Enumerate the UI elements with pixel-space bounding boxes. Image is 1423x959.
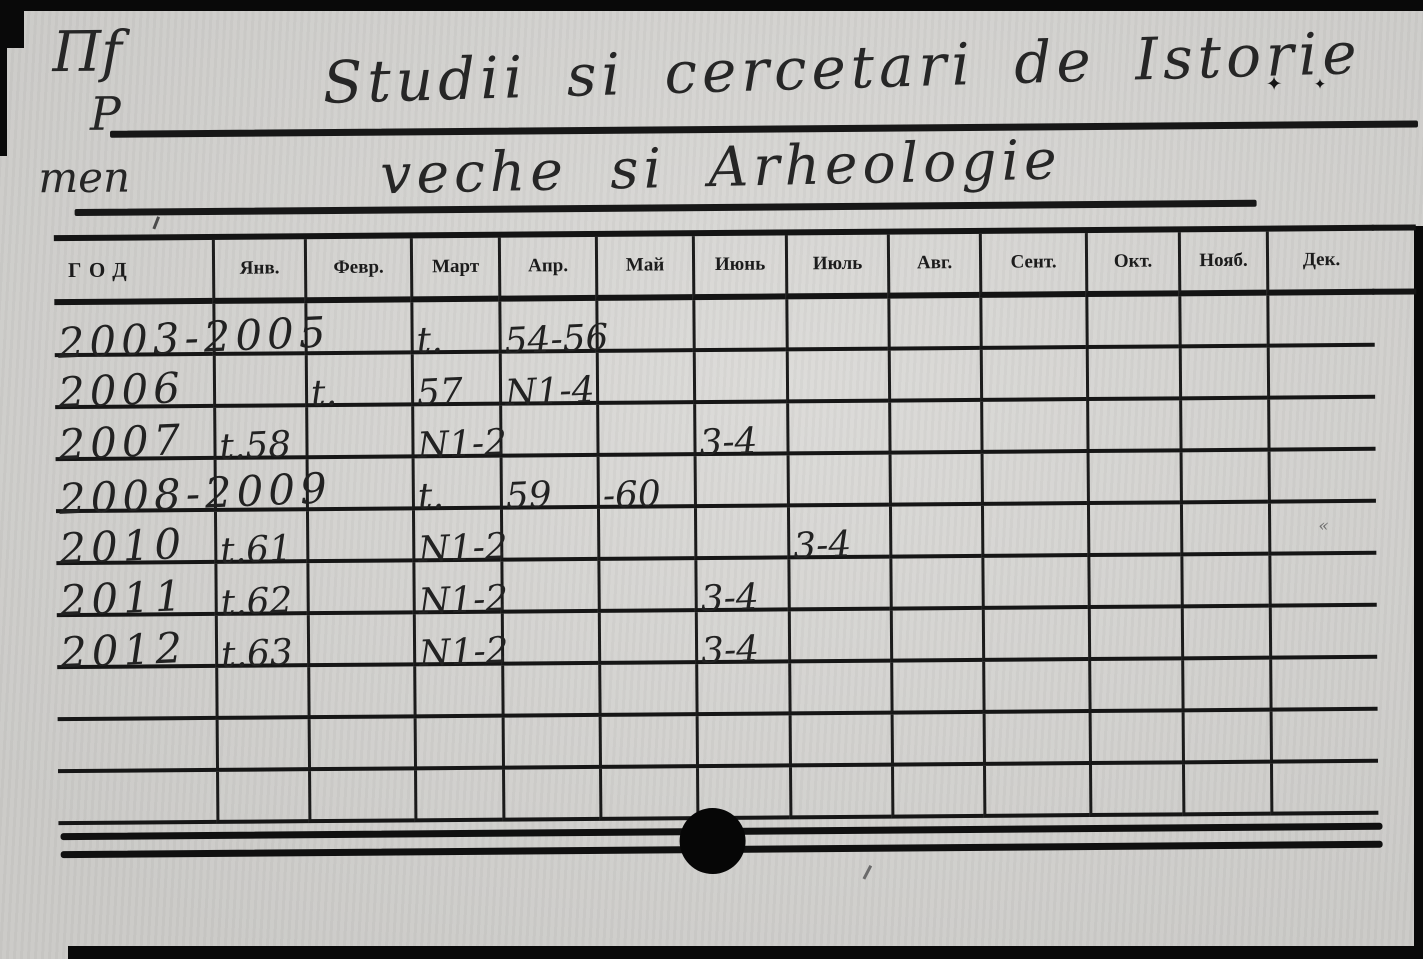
holdings-cell (979, 297, 1085, 350)
holdings-cell (1180, 452, 1268, 505)
holdings-cell (1180, 556, 1268, 609)
holdings-cell (1178, 296, 1266, 349)
holdings-cell (788, 611, 890, 664)
holdings-cell (307, 666, 413, 719)
holdings-cell (982, 609, 1088, 662)
handwritten-entry: N1-2 (417, 425, 508, 465)
handwritten-entry: t. (310, 376, 337, 413)
month-column-header: Нояб. (1178, 232, 1267, 297)
holdings-cell: 59 (500, 457, 597, 510)
holdings-cell (1181, 608, 1269, 661)
holdings-cell (787, 455, 889, 508)
holdings-cell (1182, 764, 1270, 817)
holdings-cell (789, 767, 891, 820)
holdings-cell (306, 510, 412, 563)
journal-title-line2: veche si Arheologie (380, 132, 1062, 202)
holdings-cell (502, 769, 599, 822)
holdings-cell (306, 562, 412, 615)
holdings-cell (981, 505, 1087, 558)
holdings-cell (888, 350, 980, 403)
holdings-cell (693, 351, 786, 404)
holdings-cell (501, 613, 598, 666)
holdings-cell (694, 507, 787, 560)
holdings-cell (1179, 400, 1267, 453)
handwritten-entry: 2008-2009 (58, 467, 333, 521)
holdings-cell (1085, 296, 1178, 349)
holdings-cell (596, 404, 693, 457)
header-rule-extension-bottom (1372, 288, 1416, 294)
holdings-cell (598, 612, 695, 665)
handwritten-entry: 2011 (59, 575, 188, 622)
holdings-cell (414, 770, 502, 823)
holdings-cell: t.58 (213, 407, 305, 460)
handwritten-entry: t. (416, 323, 443, 360)
handwritten-entry: 57 (416, 374, 463, 412)
holdings-cell (1086, 400, 1179, 453)
holdings-cell (598, 664, 695, 717)
year-cell (58, 772, 216, 825)
holdings-cell (887, 298, 979, 351)
holdings-cell (889, 506, 981, 559)
month-column-header: Сент. (979, 233, 1085, 298)
holdings-cell: 54-56 (498, 301, 595, 354)
handwritten-entry: 59 (505, 477, 552, 515)
holdings-cell (692, 299, 785, 352)
holdings-cell: N1-2 (412, 510, 500, 563)
month-column-header: Окт. (1085, 232, 1178, 297)
holdings-cell (891, 714, 983, 767)
holdings-cell (414, 718, 502, 771)
holdings-cell (981, 557, 1087, 610)
punch-registration-mark-2: ✦ (1314, 75, 1327, 93)
handwritten-entry: N1-2 (418, 633, 509, 673)
holdings-cell (1181, 660, 1269, 713)
holdings-cell (596, 352, 693, 405)
holdings-cell (1267, 347, 1375, 400)
holdings-cell (1270, 763, 1378, 816)
card-content: Пf P Studii si cercetari de Istorie men … (0, 0, 1423, 959)
holdings-cell (599, 768, 696, 821)
holdings-cell: t.61 (214, 511, 306, 564)
handwritten-entry: « (1318, 518, 1329, 535)
holdings-cell (890, 610, 982, 663)
handwritten-entry: t.63 (220, 635, 293, 674)
holdings-cell (982, 661, 1088, 714)
handwritten-entry: 3-4 (700, 580, 759, 618)
holdings-cell (1087, 556, 1180, 609)
holdings-cell (696, 715, 789, 768)
handwritten-entry: 2007 (58, 419, 187, 466)
holdings-cell (786, 403, 888, 456)
holdings-cell (308, 718, 414, 771)
handwritten-entry: t.62 (220, 583, 293, 622)
month-column-header: Янв. (212, 239, 304, 304)
month-column-header: Авг. (887, 234, 979, 299)
month-column-header: Апр. (498, 237, 595, 302)
holdings-cell: « (1268, 503, 1376, 556)
handwritten-entry: N1-2 (418, 581, 509, 621)
handwritten-entry: 3-4 (793, 527, 852, 565)
holdings-cell (502, 717, 599, 770)
handwritten-entry: t.58 (219, 427, 292, 466)
month-column-header: Март (410, 238, 498, 303)
month-column-header: Май (595, 236, 692, 301)
handwritten-entry: 2003-2005 (57, 311, 332, 365)
holdings-cell (1267, 399, 1375, 452)
holdings-cell: t. (305, 354, 411, 407)
holdings-cell (1180, 504, 1268, 557)
holdings-cell (1266, 295, 1374, 348)
month-column-header: Дек. (1266, 231, 1374, 296)
holdings-cell (1088, 660, 1181, 713)
handwritten-entry: 3-4 (700, 632, 759, 670)
holdings-cell (1087, 452, 1180, 505)
holdings-cell (788, 663, 890, 716)
punch-registration-mark-1: ✦ (1266, 72, 1283, 96)
handwritten-entry: -60 (602, 476, 661, 514)
holdings-cell (888, 402, 980, 455)
holdings-cell: 57 (411, 354, 499, 407)
holdings-cell (1087, 504, 1180, 557)
holdings-cell (1086, 348, 1179, 401)
handwritten-entry: 54-56 (504, 320, 609, 360)
holdings-cell (213, 355, 305, 408)
month-column-header: Февр. (304, 238, 410, 303)
holdings-cell (1089, 712, 1182, 765)
stray-pen-mark (152, 216, 160, 229)
holdings-cell (1268, 451, 1376, 504)
holdings-cell (980, 401, 1086, 454)
holdings-cell (216, 719, 308, 772)
holdings-cell (1268, 555, 1376, 608)
holdings-cell (597, 560, 694, 613)
holdings-cell (1179, 348, 1267, 401)
holdings-cell (785, 299, 887, 352)
handwritten-entry: t.61 (220, 531, 293, 570)
holdings-cell (983, 765, 1089, 818)
holdings-cell (216, 771, 308, 824)
handwritten-entry: t. (417, 479, 444, 516)
handwritten-entry: 2010 (58, 523, 187, 570)
handwritten-entry: 3-4 (699, 424, 758, 462)
header-rule-extension-top (1372, 224, 1416, 230)
handwritten-entry: N1-4 (504, 372, 595, 412)
stray-scan-mark (863, 865, 873, 880)
holdings-cell (890, 662, 982, 715)
holdings-cell (308, 770, 414, 823)
holdings-cell (307, 614, 413, 667)
holdings-cell (599, 716, 696, 769)
margin-note: men (38, 157, 130, 200)
holdings-cell (1088, 608, 1181, 661)
holdings-cell: 3-4 (693, 403, 786, 456)
holdings-cell (500, 561, 597, 614)
holdings-cell (889, 454, 981, 507)
holdings-cell (305, 406, 411, 459)
handwritten-entry: 2006 (57, 367, 186, 414)
holdings-cell (1270, 711, 1378, 764)
journal-title-line1: Studii si cercetari de Istorie (322, 24, 1362, 112)
month-column-header: Июль (785, 235, 887, 300)
holdings-cell (501, 665, 598, 718)
year-column-header: ГОД (54, 240, 212, 305)
holdings-cell (889, 558, 981, 611)
holdings-table: ГОДЯнв.Февр.МартАпр.МайИюньИюльАвг.Сент.… (54, 225, 1379, 825)
holdings-cell (789, 715, 891, 768)
holdings-cell (1269, 659, 1377, 712)
holdings-cell: 3-4 (694, 559, 787, 612)
shelf-corner-mark: Пf (52, 25, 122, 82)
title-underline-2 (75, 200, 1257, 216)
handwritten-entry: N1-2 (418, 529, 509, 569)
year-cell: 2003-2005 (54, 304, 212, 357)
holdings-cell (980, 349, 1086, 402)
punch-hole-dot (679, 808, 746, 875)
holdings-cell (1182, 712, 1270, 765)
holdings-cell (983, 713, 1089, 766)
holdings-cell (891, 766, 983, 819)
holdings-cell (1089, 764, 1182, 817)
holdings-cell (595, 300, 692, 353)
holdings-cell: -60 (597, 456, 694, 509)
year-cell (58, 720, 216, 773)
holdings-cell (981, 453, 1087, 506)
month-column-header: Июнь (692, 235, 785, 300)
holdings-cell (1269, 607, 1377, 660)
holdings-cell (786, 351, 888, 404)
handwritten-entry: 2012 (59, 627, 188, 674)
holdings-cell: t. (410, 302, 498, 355)
holdings-cell: 3-4 (787, 507, 889, 560)
